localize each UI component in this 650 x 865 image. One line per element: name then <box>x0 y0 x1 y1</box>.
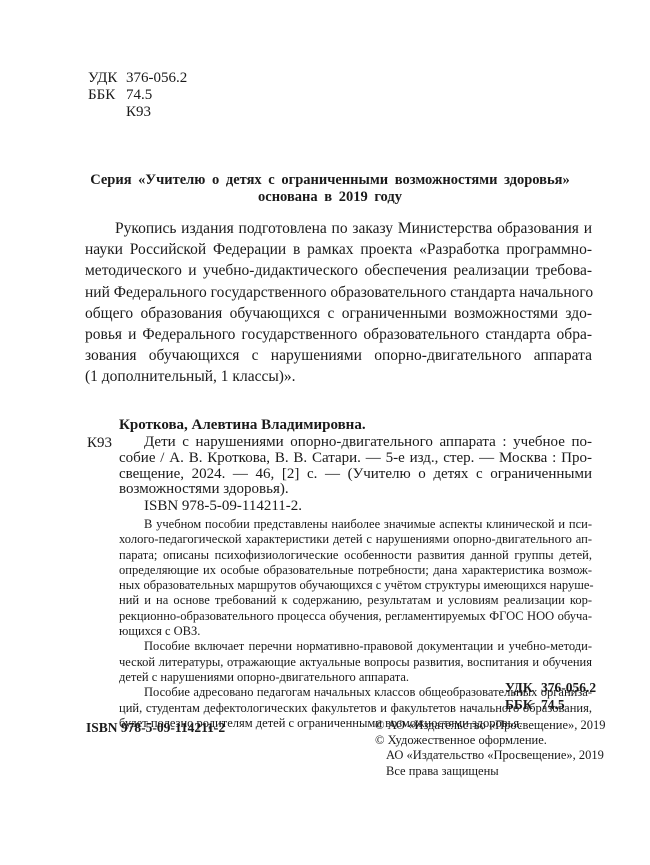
copyright-block: © АО «Издательство «Просвещение», 2019 ©… <box>375 718 606 779</box>
text-line: В учебном пособии представлены наиболее … <box>119 517 592 532</box>
bbk-label: ББК <box>505 696 541 713</box>
text-line: собие / А. В. Кроткова, В. В. Сатари. — … <box>119 451 592 467</box>
udk-value: 376-056.2 <box>541 679 596 696</box>
isbn-bottom: ISBN 978-5-09-114211-2 <box>86 720 225 736</box>
text-line: ний и на основе требований к содержанию,… <box>119 593 592 608</box>
bbk-label: ББК <box>88 87 126 104</box>
text-line: холого-педагогической характеристики дет… <box>119 532 592 547</box>
text-line: рекционно-образовательного процесса обуч… <box>119 609 592 624</box>
text-line: Дети с нарушениями опорно-двигательного … <box>119 435 592 451</box>
rights-reserved: Все права защищены <box>375 764 606 779</box>
text-line: науки Российской Федерации в рамках прое… <box>85 239 592 260</box>
text-line: общего образования обучающихся с огранич… <box>85 303 592 324</box>
bibliographic-description: Дети с нарушениями опорно-двигательного … <box>119 435 592 498</box>
udk-value: 376-056.2 <box>126 70 187 87</box>
bbk-row: ББК 74.5 <box>88 87 187 104</box>
text-line: определяющие их особые образовательные п… <box>119 563 592 578</box>
isbn-record: ISBN 978-5-09-114211-2. <box>144 498 302 515</box>
text-line: ческой литературы, отражающие актуальные… <box>119 655 592 670</box>
series-title: Серия «Учителю о детях с ограниченными в… <box>60 172 600 206</box>
text-line: свещение, 2024. — 46, [2] с. — (Учителю … <box>119 467 592 483</box>
text-line: методического и учебно-дидактического об… <box>85 260 592 281</box>
text-line: парата; описаны психофизиологические осо… <box>119 548 592 563</box>
classification-block-top: УДК 376-056.2 ББК 74.5 К93 <box>88 70 187 121</box>
bbk-row: ББК 74.5 <box>505 696 596 713</box>
text-line: ных образовательных маршрутов обучающихс… <box>119 578 592 593</box>
bbk-value: 74.5 <box>541 696 565 713</box>
copyright-line: АО «Издательство «Просвещение», 2019 <box>375 748 606 763</box>
udk-row: УДК 376-056.2 <box>88 70 187 87</box>
series-line-1: Серия «Учителю о детях с ограниченными в… <box>60 172 600 189</box>
udk-label: УДК <box>88 70 126 87</box>
udk-row: УДК 376-056.2 <box>505 679 596 696</box>
text-line: ний Федерального государственного образо… <box>85 282 592 303</box>
text-line: Рукопись издания подготовлена по заказу … <box>85 218 592 239</box>
copyright-line: © АО «Издательство «Просвещение», 2019 <box>375 718 606 733</box>
udk-label: УДК <box>505 679 541 696</box>
text-line: зования обучающихся с нарушениями опорно… <box>85 345 592 366</box>
text-line: Пособие включает перечни нормативно-прав… <box>119 639 592 654</box>
text-line: возможностями здоровья). <box>119 482 592 498</box>
text-line: ровья и Федерального государственного об… <box>85 324 592 345</box>
author-heading: Кроткова, Алевтина Владимировна. <box>119 417 366 434</box>
cutter-mark-record: К93 <box>87 435 112 452</box>
classification-block-bottom: УДК 376-056.2 ББК 74.5 <box>505 679 596 713</box>
text-line: (1 дополнительный, 1 классы)». <box>85 366 592 387</box>
series-line-2: основана в 2019 году <box>60 189 600 206</box>
cutter-row: К93 <box>88 104 187 121</box>
manuscript-note: Рукопись издания подготовлена по заказу … <box>85 218 592 388</box>
text-line: ющихся с ОВЗ. <box>119 624 592 639</box>
cutter-mark: К93 <box>126 104 151 121</box>
bbk-value: 74.5 <box>126 87 152 104</box>
copyright-line: © Художественное оформление. <box>375 733 606 748</box>
